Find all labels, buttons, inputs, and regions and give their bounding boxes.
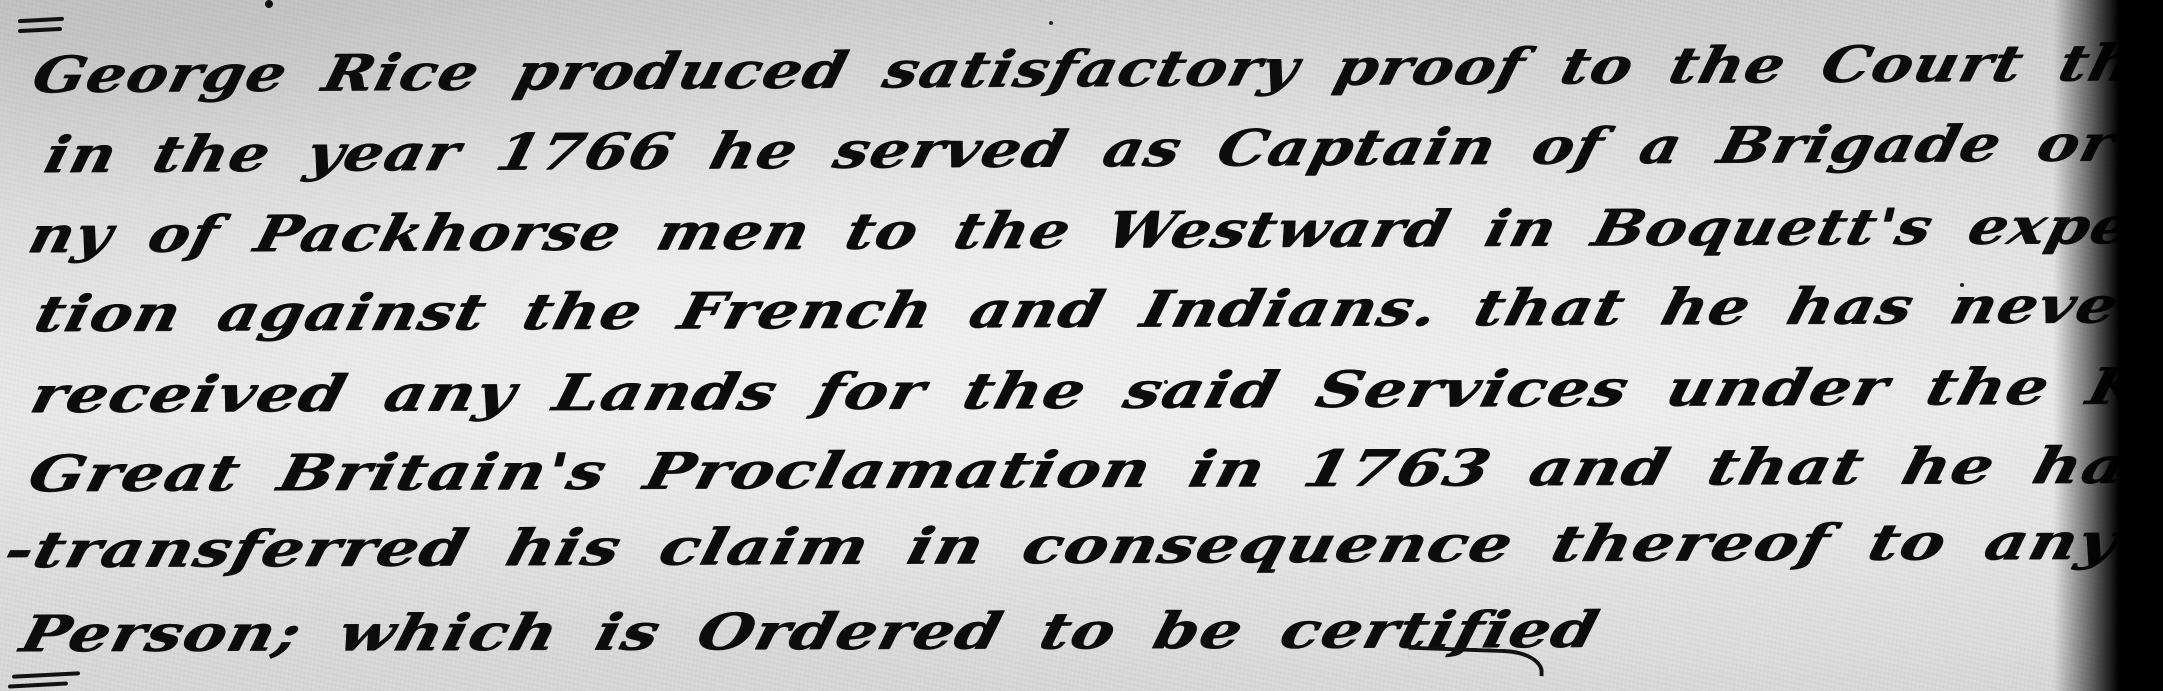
ink-speck (1164, 380, 1168, 384)
entry-separator-rule (18, 17, 64, 23)
manuscript-line-2: in the year 1766 he served as Captain of… (39, 112, 2163, 184)
book-binding-shadow (2053, 0, 2163, 691)
manuscript-page: George Rice produced satisfactory proof … (0, 0, 2163, 691)
manuscript-line-7: -transferred his claim in consequence th… (0, 511, 2163, 579)
manuscript-line-3: ny of Packhorse men to the Westward in B… (23, 196, 2163, 264)
ink-speck (1090, 462, 1094, 466)
manuscript-line-6: Great Britain's Proclamation in 1763 and… (23, 435, 2163, 503)
ink-speck (1030, 460, 1034, 464)
manuscript-line-5: received any Lands for the said Services… (25, 355, 2163, 424)
manuscript-line-4: tion against the French and Indians. tha… (29, 275, 2159, 343)
ink-speck (1960, 283, 1964, 287)
entry-separator-rule (18, 27, 62, 33)
entry-separator-rule (8, 681, 68, 688)
manuscript-line-8: Person; which is Ordered to be certified (15, 600, 1606, 663)
manuscript-line-1: George Rice produced satisfactory proof … (27, 33, 2163, 104)
ink-mark (264, 0, 274, 9)
ink-speck (1049, 21, 1053, 25)
entry-separator-rule (12, 671, 80, 679)
